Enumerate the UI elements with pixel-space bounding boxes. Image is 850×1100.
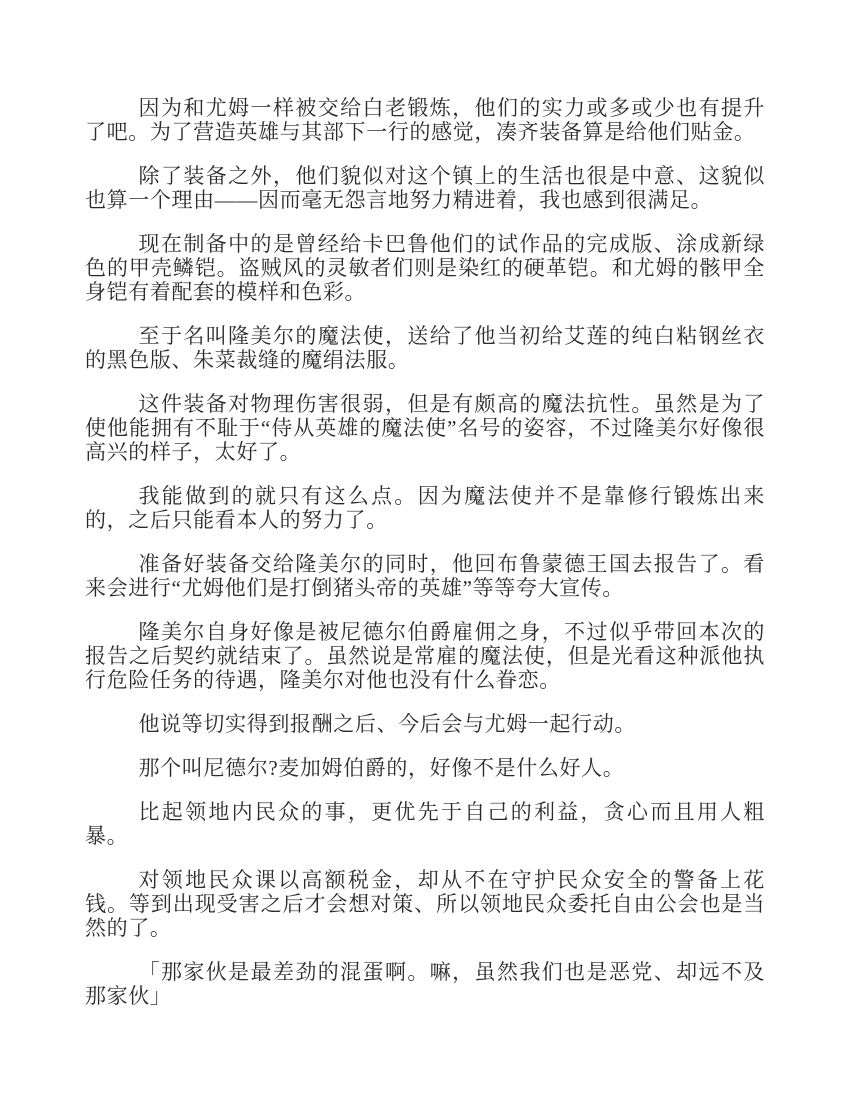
paragraph-13: 「那家伙是最差劲的混蛋啊。嘛，虽然我们也是恶党、却远不及那家伙」 <box>85 960 765 1008</box>
paragraph-7: 准备好装备交给隆美尔的同时，他回布鲁蒙德王国去报告了。看来会进行“尤姆他们是打倒… <box>85 552 765 600</box>
paragraph-3: 现在制备中的是曾经给卡巴鲁他们的试作品的完成版、涂成新绿色的甲壳鳞铠。盗贼风的灵… <box>85 232 765 304</box>
paragraph-11: 比起领地内民众的事，更优先于自己的利益，贪心而且用人粗暴。 <box>85 800 765 848</box>
paragraph-6: 我能做到的就只有这么点。因为魔法使并不是靠修行锻炼出来的，之后只能看本人的努力了… <box>85 484 765 532</box>
paragraph-9: 他说等切实得到报酬之后、今后会与尤姆一起行动。 <box>85 712 765 736</box>
novel-text-page: 因为和尤姆一样被交给白老锻炼，他们的实力或多或少也有提升了吧。为了营造英雄与其部… <box>0 0 850 1100</box>
paragraph-2: 除了装备之外，他们貌似对这个镇上的生活也很是中意、这貌似也算一个理由——因而毫无… <box>85 164 765 212</box>
paragraph-5: 这件装备对物理伤害很弱，但是有颇高的魔法抗性。虽然是为了使他能拥有不耻于“侍从英… <box>85 392 765 464</box>
paragraph-4: 至于名叫隆美尔的魔法使，送给了他当初给艾莲的纯白粘钢丝衣的黑色版、朱菜裁缝的魔绢… <box>85 324 765 372</box>
paragraph-1: 因为和尤姆一样被交给白老锻炼，他们的实力或多或少也有提升了吧。为了营造英雄与其部… <box>85 96 765 144</box>
paragraph-12: 对领地民众课以高额税金，却从不在守护民众安全的警备上花钱。等到出现受害之后才会想… <box>85 868 765 940</box>
paragraph-10: 那个叫尼德尔?麦加姆伯爵的，好像不是什么好人。 <box>85 756 765 780</box>
paragraph-8: 隆美尔自身好像是被尼德尔伯爵雇佣之身，不过似乎带回本次的报告之后契约就结束了。虽… <box>85 620 765 692</box>
